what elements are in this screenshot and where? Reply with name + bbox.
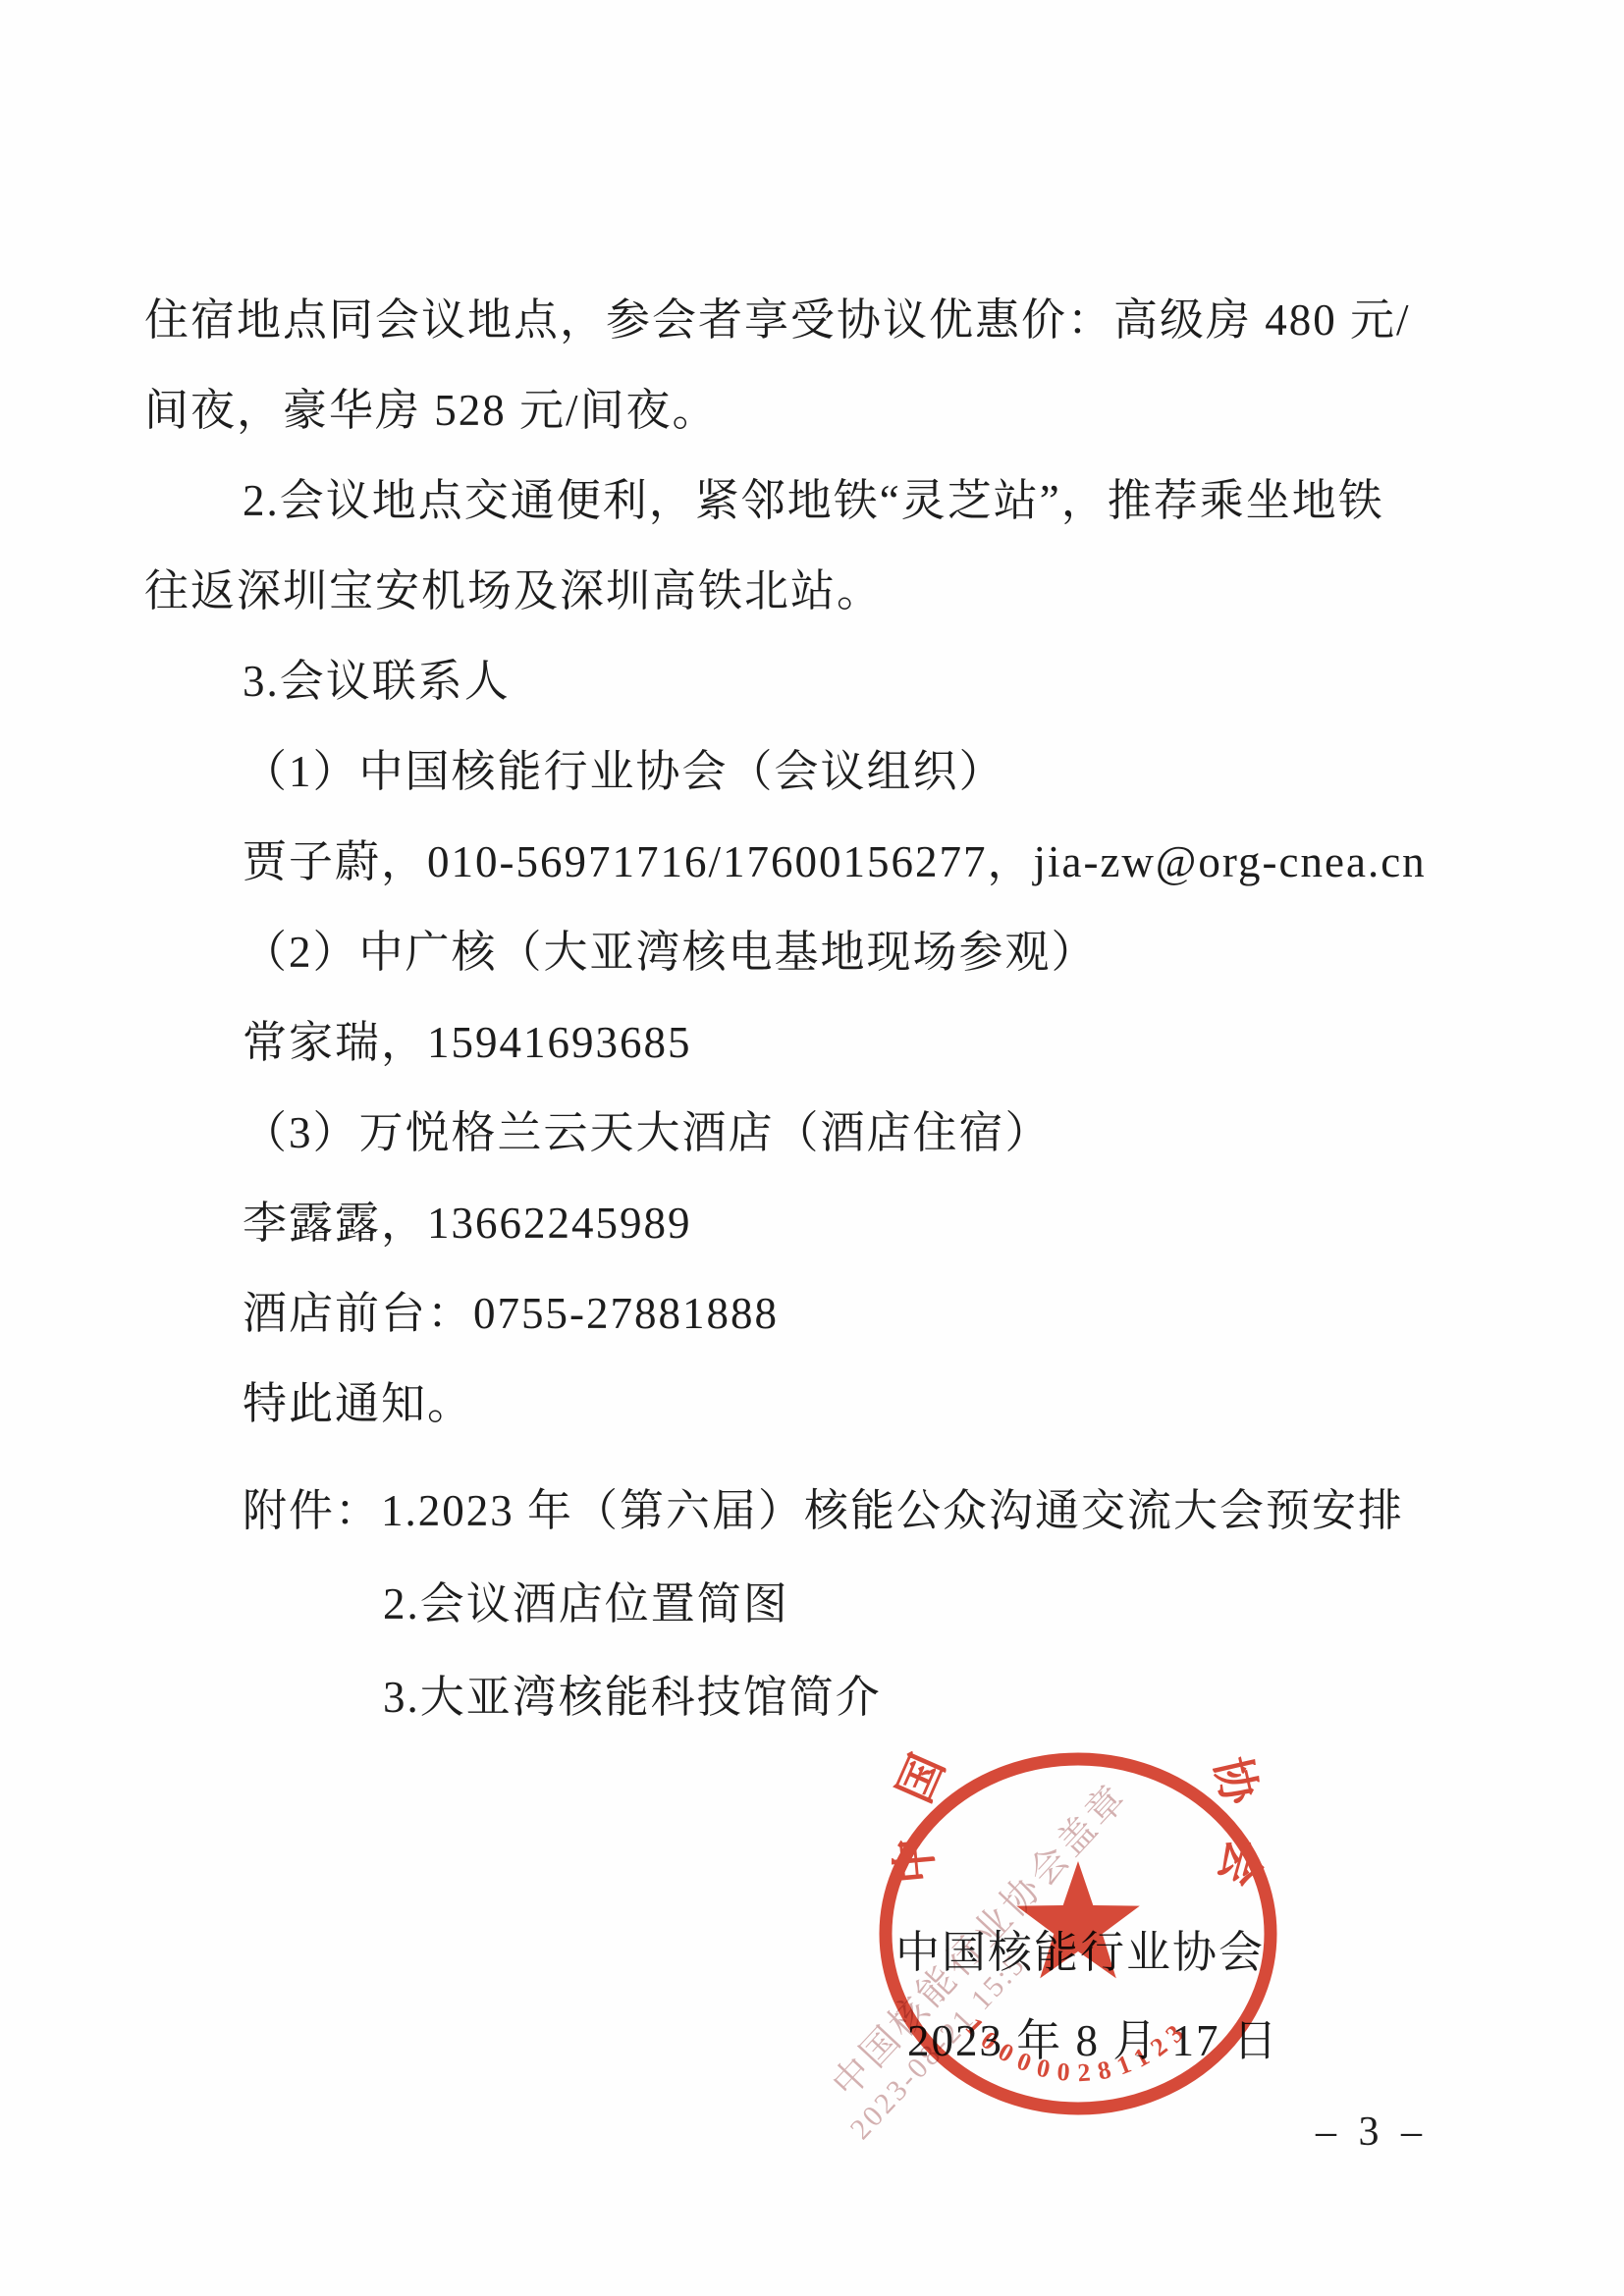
body-line: 贾子蔚，010-56971716/17600156277，jia-zw@org-… (144, 817, 1491, 907)
star-icon (1016, 1861, 1140, 1978)
body-line: 间夜，豪华房 528 元/间夜。 (144, 365, 1491, 455)
body-text-block: 住宿地点同会议地点，参会者享受协议优惠价：高级房 480 元/ 间夜，豪华房 5… (144, 275, 1491, 1449)
body-line: 住宿地点同会议地点，参会者享受协议优惠价：高级房 480 元/ (144, 275, 1491, 365)
body-line: 酒店前台：0755-27881888 (144, 1268, 1491, 1359)
page-number: – 3 – (1316, 2109, 1428, 2156)
svg-text:100000281123: 100000281123 (960, 2012, 1196, 2088)
body-line: 李露露，13662245989 (144, 1178, 1491, 1268)
body-line: （3）万悦格兰云天大酒店（酒店住宿） (144, 1088, 1491, 1178)
attachment-line: 附件：1.2023 年（第六届）核能公众沟通交流大会预安排 (144, 1465, 1491, 1558)
body-line: 2.会议地点交通便利，紧邻地铁“灵芝站”，推荐乘坐地铁 (144, 455, 1491, 546)
attachment-line: 3.大亚湾核能科技馆简介 (144, 1651, 1491, 1744)
seal-serial-number: 100000281123 (960, 2012, 1196, 2088)
official-seal: 中国核能行业协会 100000281123 (872, 1749, 1284, 2122)
body-line: 3.会议联系人 (144, 636, 1491, 726)
attachment-line: 2.会议酒店位置简图 (144, 1558, 1491, 1651)
attachments-block: 附件：1.2023 年（第六届）核能公众沟通交流大会预安排 2.会议酒店位置简图… (144, 1465, 1491, 1744)
body-line: 特此通知。 (144, 1359, 1491, 1449)
body-line: （2）中广核（大亚湾核电基地现场参观） (144, 907, 1491, 997)
body-line: 常家瑞，15941693685 (144, 997, 1491, 1088)
body-line: （1）中国核能行业协会（会议组织） (144, 726, 1491, 817)
document-page: 中国核能行业协会盖章 2023-08-21 15:5 住宿地点同会议地点，参会者… (0, 0, 1624, 2296)
body-line: 往返深圳宝安机场及深圳高铁北站。 (144, 546, 1491, 636)
